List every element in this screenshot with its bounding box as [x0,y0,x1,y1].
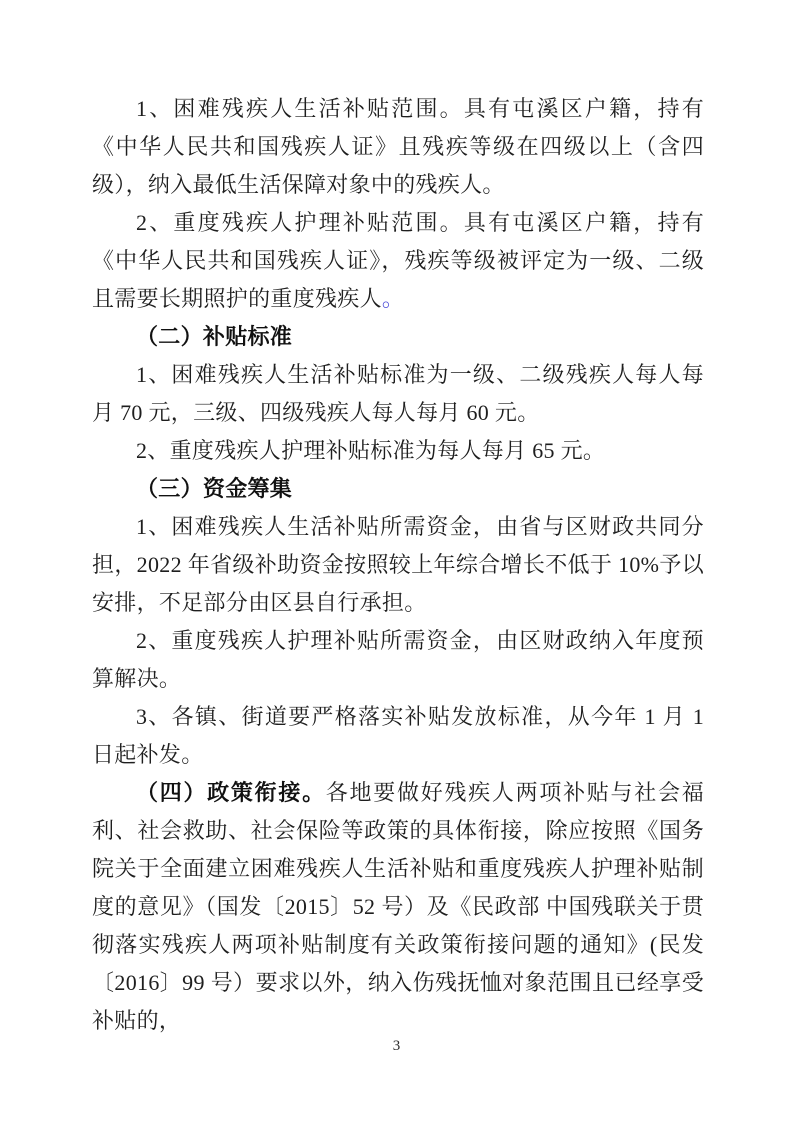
text-run: 3、各镇、街道要严格落实补贴发放标准，从今年 1 月 1 日起补发。 [92,704,704,767]
bold-text-run: （三）资金筹集 [136,476,292,501]
paragraph: 1、困难残疾人生活补贴标准为一级、二级残疾人每人每月 70 元，三级、四级残疾人… [92,356,704,432]
text-run: 1、困难残疾人生活补贴标准为一级、二级残疾人每人每月 70 元，三级、四级残疾人… [92,362,704,425]
paragraph: （四）政策衔接。各地要做好残疾人两项补贴与社会福利、社会救助、社会保险等政策的具… [92,774,704,1040]
text-run: 2、重度残疾人护理补贴所需资金，由区财政纳入年度预算解决。 [92,628,704,691]
text-run: 各地要做好残疾人两项补贴与社会福利、社会救助、社会保险等政策的具体衔接，除应按照… [92,780,704,1033]
paragraph: 1、困难残疾人生活补贴所需资金，由省与区财政共同分担，2022 年省级补助资金按… [92,508,704,622]
section-heading: （三）资金筹集 [92,470,704,508]
paragraph: 1、困难残疾人生活补贴范围。具有屯溪区户籍，持有《中华人民共和国残疾人证》且残疾… [92,90,704,204]
text-run: 2、重度残疾人护理补贴标准为每人每月 65 元。 [136,438,605,463]
bold-text-run: （四）政策衔接。 [136,780,326,805]
blue-text-run: 。 [382,286,404,311]
paragraph: 2、重度残疾人护理补贴所需资金，由区财政纳入年度预算解决。 [92,622,704,698]
document-body: 1、困难残疾人生活补贴范围。具有屯溪区户籍，持有《中华人民共和国残疾人证》且残疾… [92,90,704,1040]
bold-text-run: （二）补贴标准 [136,324,292,349]
section-heading: （二）补贴标准 [92,318,704,356]
paragraph: 2、重度残疾人护理补贴范围。具有屯溪区户籍，持有《中华人民共和国残疾人证》，残疾… [92,204,704,318]
text-run: 1、困难残疾人生活补贴范围。具有屯溪区户籍，持有《中华人民共和国残疾人证》且残疾… [92,96,704,197]
text-run: 1、困难残疾人生活补贴所需资金，由省与区财政共同分担，2022 年省级补助资金按… [92,514,704,615]
document-page: 1、困难残疾人生活补贴范围。具有屯溪区户籍，持有《中华人民共和国残疾人证》且残疾… [0,0,793,1122]
paragraph: 2、重度残疾人护理补贴标准为每人每月 65 元。 [92,432,704,470]
page-number: 3 [0,1038,793,1055]
paragraph: 3、各镇、街道要严格落实补贴发放标准，从今年 1 月 1 日起补发。 [92,698,704,774]
